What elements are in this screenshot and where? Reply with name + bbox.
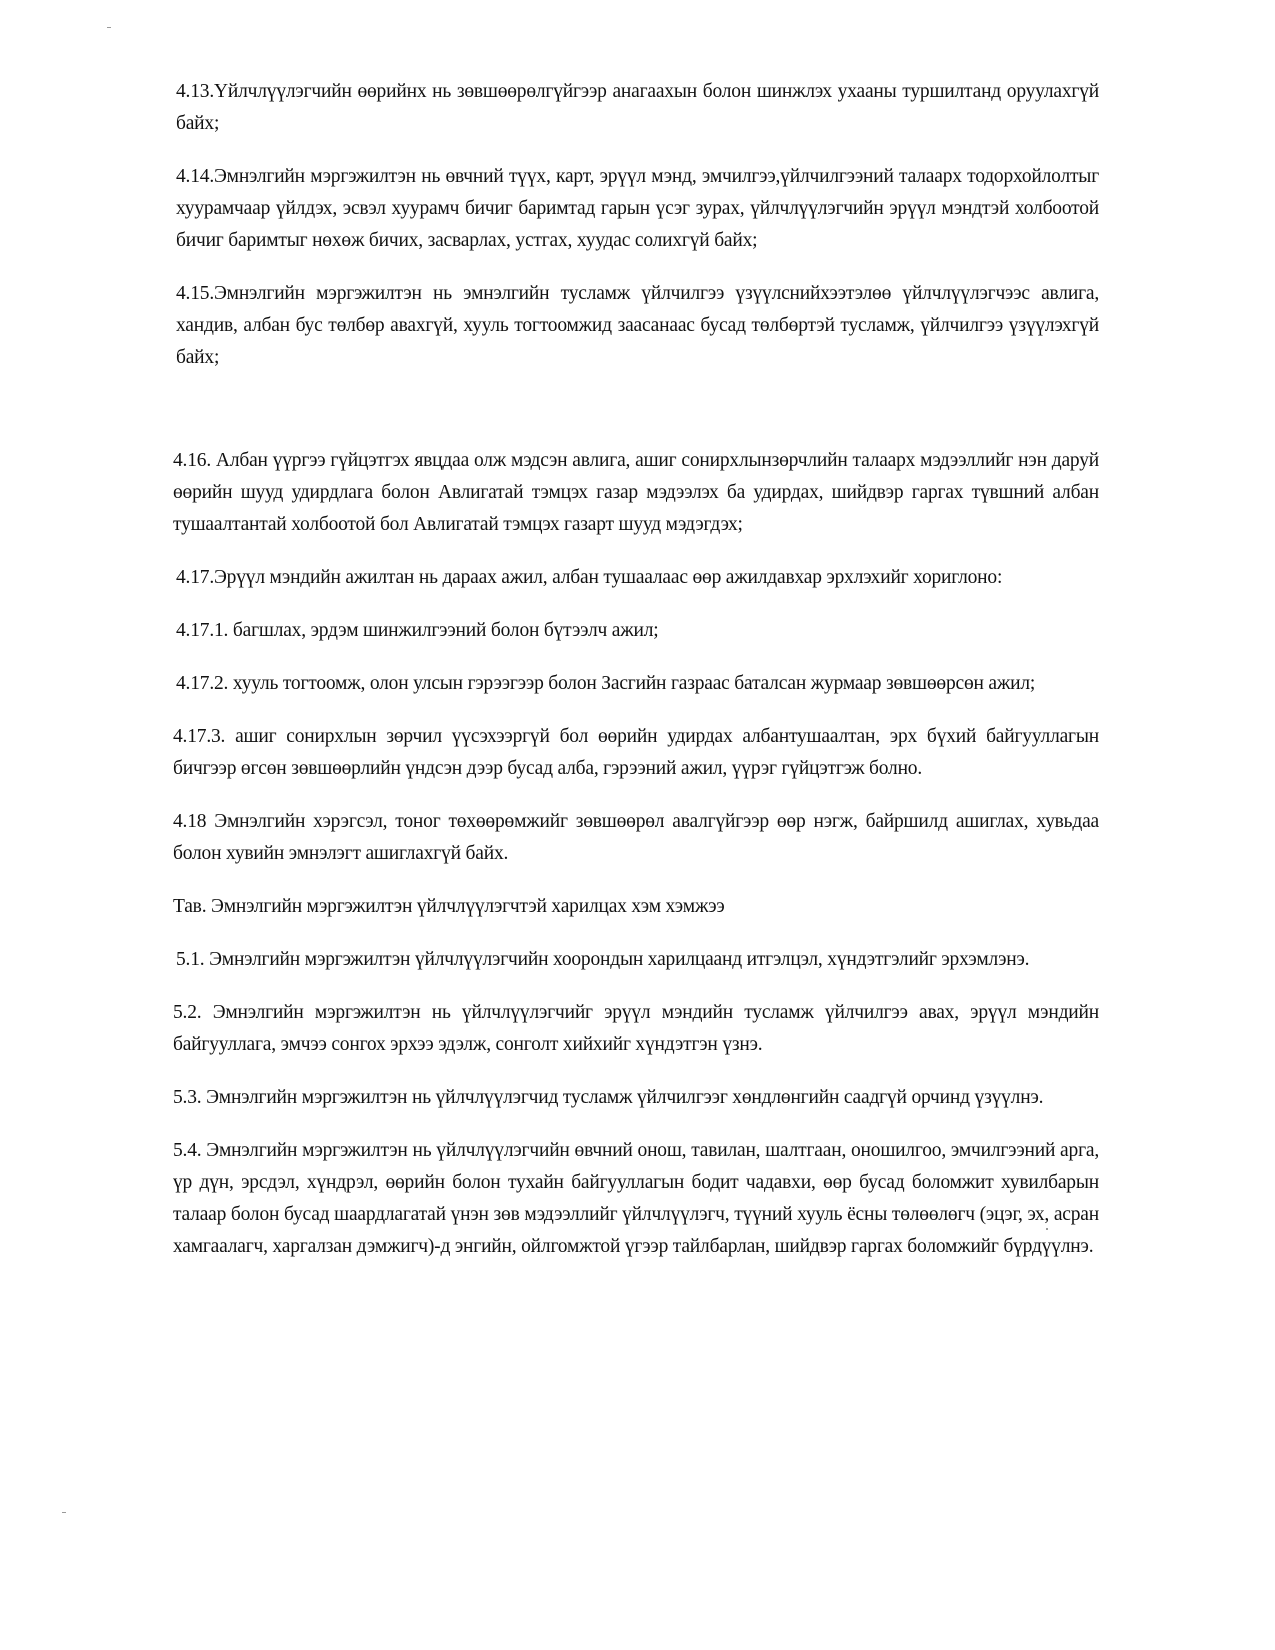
scan-speck: [107, 27, 111, 28]
paragraph-4-16: 4.16. Албан үүргээ гүйцэтгэх явцдаа олж …: [173, 445, 1099, 541]
paragraph-5-2: 5.2. Эмнэлгийн мэргэжилтэн нь үйлчлүүлэг…: [173, 997, 1099, 1061]
paragraph-4-17: 4.17.Эрүүл мэндийн ажилтан нь дараах ажи…: [173, 562, 1099, 594]
document-page: 4.13.Үйлчлүүлэгчийн өөрийнх нь зөвшөөрөл…: [173, 76, 1099, 1263]
paragraph-4-17-3: 4.17.3. ашиг сонирхлын зөрчил үүсэхээргү…: [173, 721, 1099, 785]
paragraph-5-1: 5.1. Эмнэлгийн мэргэжилтэн үйлчлүүлэгчий…: [173, 944, 1099, 976]
paragraph-4-17-2: 4.17.2. хууль тогтоомж, олон улсын гэрээ…: [173, 668, 1099, 700]
paragraph-4-15: 4.15.Эмнэлгийн мэргэжилтэн нь эмнэлгийн …: [173, 278, 1099, 374]
section-heading-5: Тав. Эмнэлгийн мэргэжилтэн үйлчлүүлэгчтэ…: [173, 891, 1099, 923]
paragraph-4-17-1: 4.17.1. багшлах, эрдэм шинжилгээний боло…: [173, 615, 1099, 647]
paragraph-4-14: 4.14.Эмнэлгийн мэргэжилтэн нь өвчний түү…: [173, 161, 1099, 257]
paragraph-4-18: 4.18 Эмнэлгийн хэрэгсэл, тоног төхөөрөмж…: [173, 806, 1099, 870]
paragraph-5-4: 5.4. Эмнэлгийн мэргэжилтэн нь үйлчлүүлэг…: [173, 1135, 1099, 1263]
paragraph-5-3: 5.3. Эмнэлгийн мэргэжилтэн нь үйлчлүүлэг…: [173, 1082, 1099, 1114]
paragraph-4-13: 4.13.Үйлчлүүлэгчийн өөрийнх нь зөвшөөрөл…: [173, 76, 1099, 140]
scan-speck: [62, 1512, 66, 1513]
